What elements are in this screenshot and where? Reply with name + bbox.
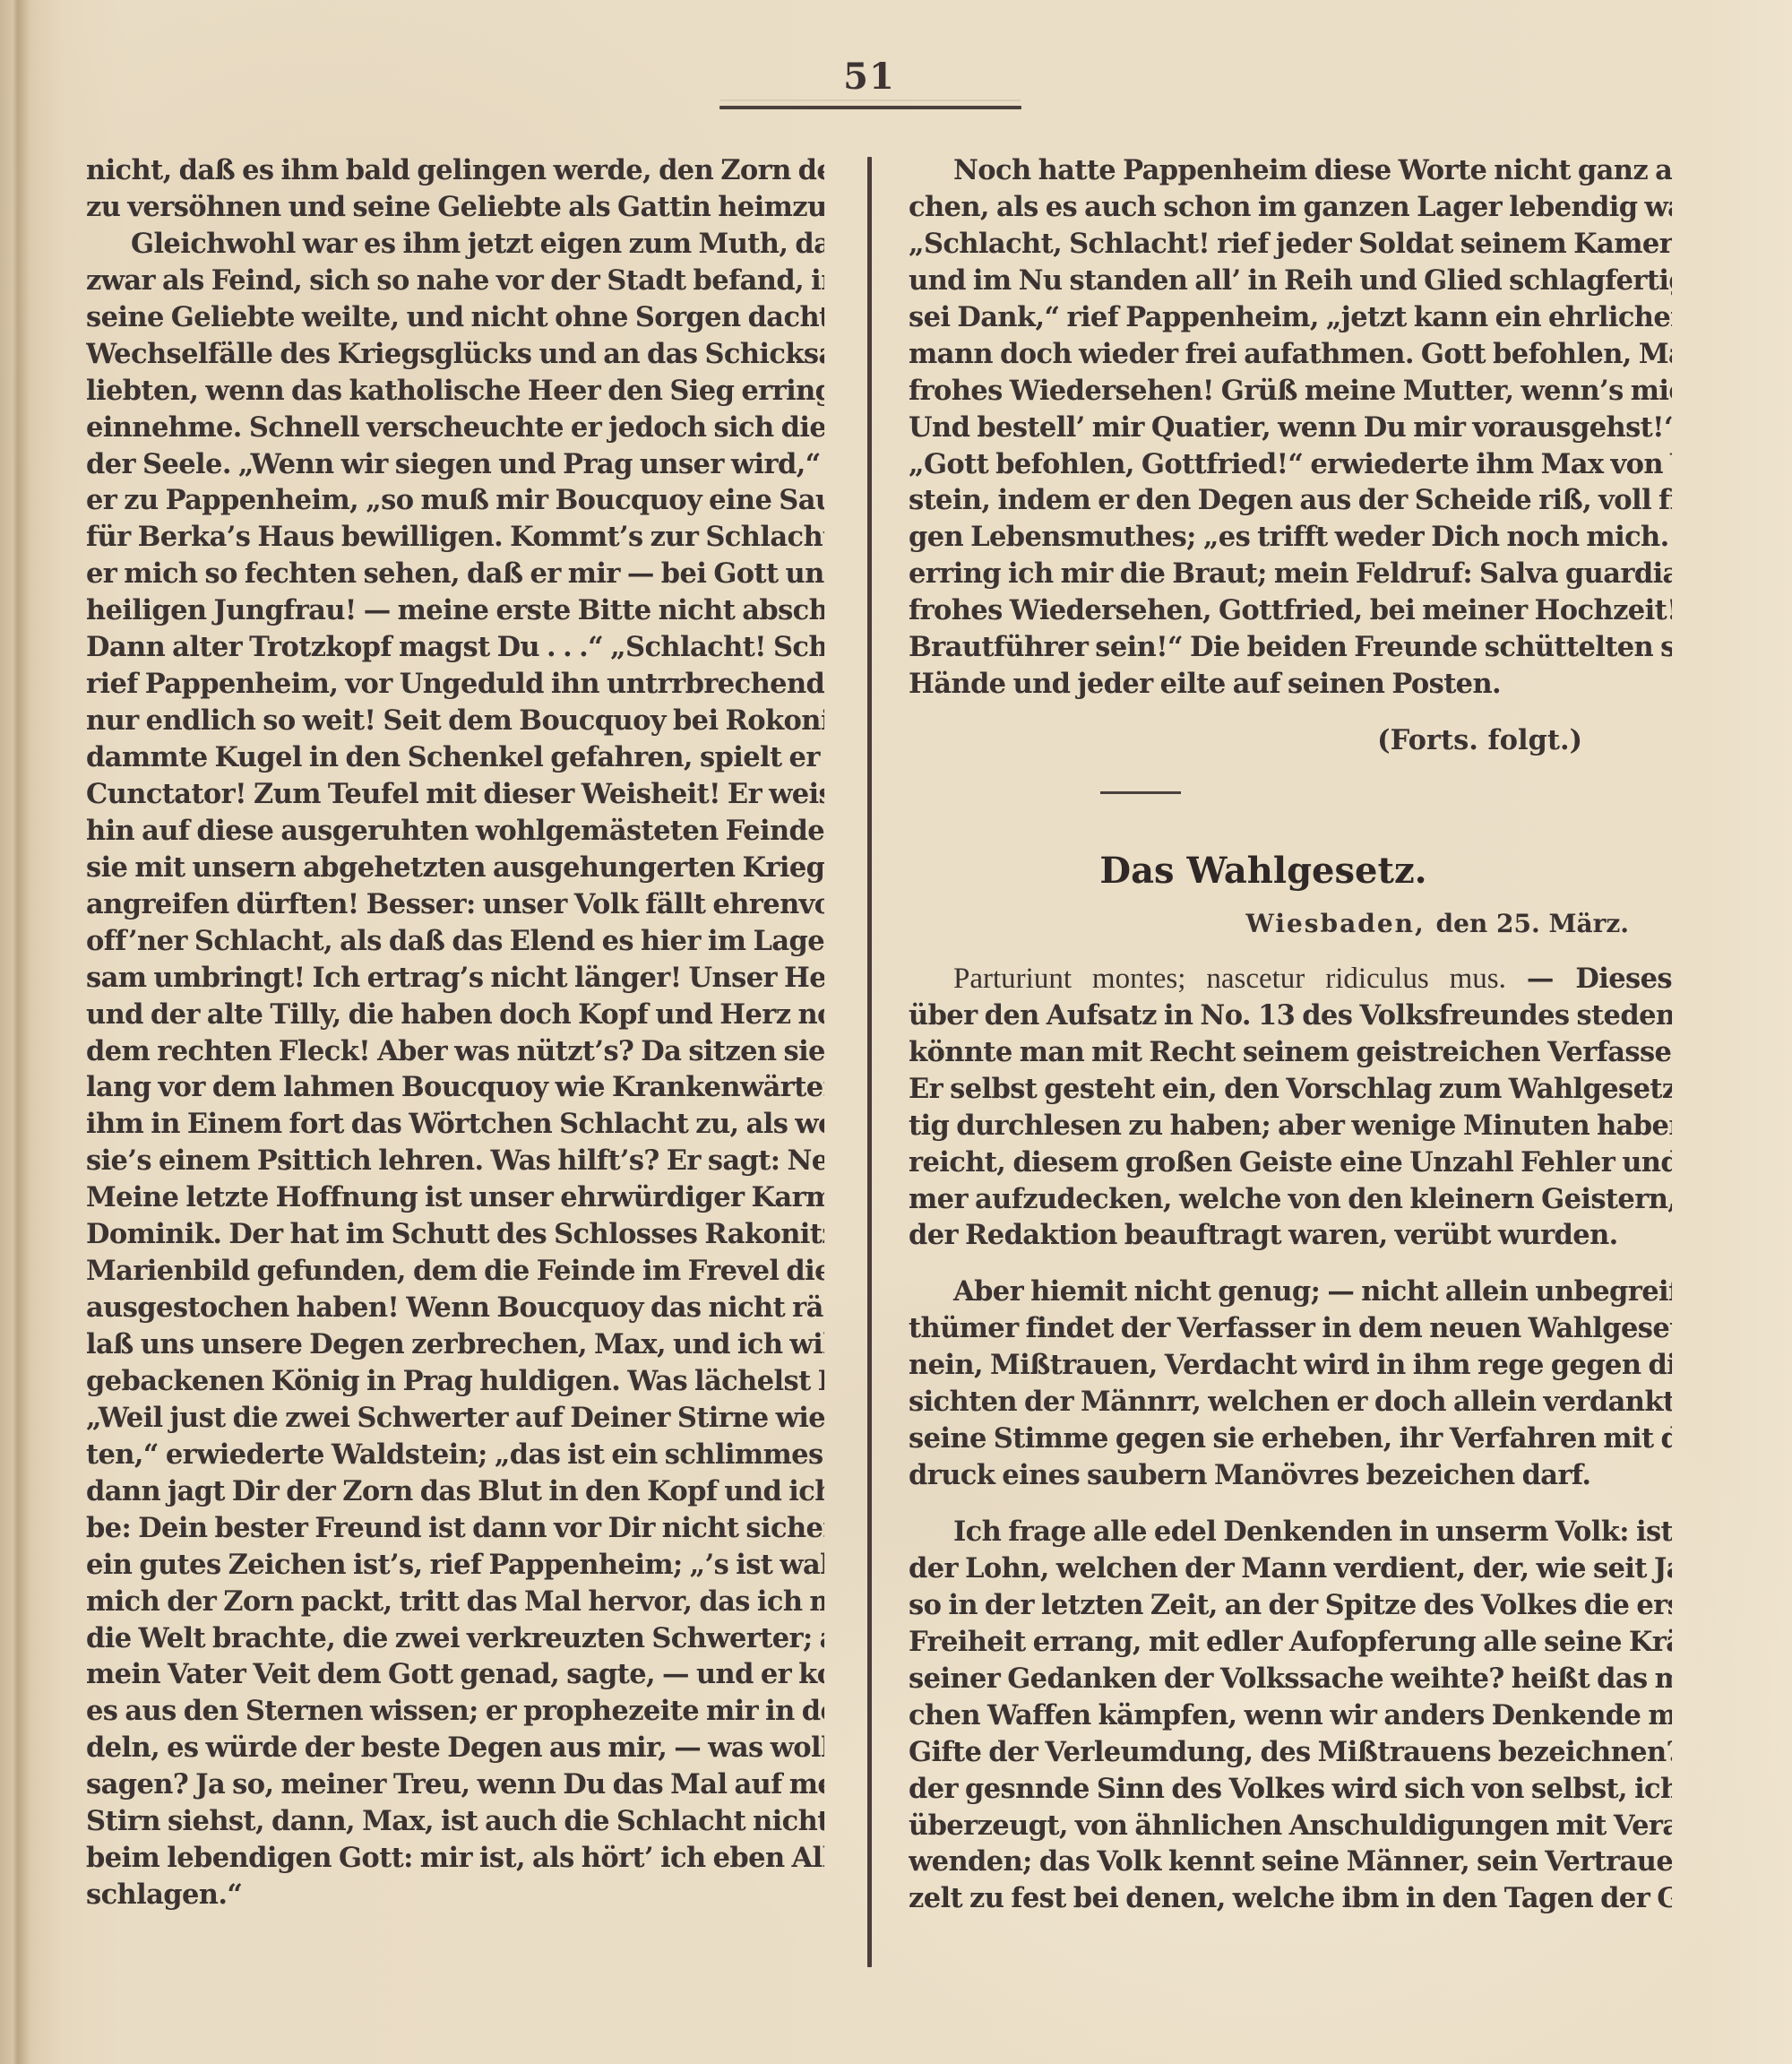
text-line: gebackenen König in Prag huldigen. Was l… <box>86 1363 824 1400</box>
text-line: druck eines saubern Manövres bezeichen d… <box>909 1457 1672 1494</box>
text-line: ihm in Einem fort das Wörtchen Schlacht … <box>86 1106 824 1143</box>
text-line: ten,“ erwiederte Waldstein; „das ist ein… <box>86 1437 824 1473</box>
text-line: ein gutes Zeichen ist’s, rief Pappenheim… <box>86 1547 824 1584</box>
text-line: dem rechten Fleck! Aber was nützt’s? Da … <box>86 1033 824 1070</box>
text-line: Stirn siehst, dann, Max, ist auch die Sc… <box>86 1803 824 1840</box>
text-line: sagen? Ja so, meiner Treu, wenn Du das M… <box>86 1766 824 1803</box>
text-line: „Gott befohlen, Gottfried!“ erwiederte i… <box>909 446 1672 483</box>
continuation-note: (Forts. folgt.) <box>909 722 1672 759</box>
text-line: schlagen.“ <box>86 1877 824 1913</box>
text-line: Gifte der Verleumdung, des Mißtrauens be… <box>909 1734 1672 1771</box>
header-rule <box>719 106 1021 109</box>
text-line: angreifen dürften! Besser: unser Volk fä… <box>86 886 824 923</box>
text-line: stein, indem er den Degen aus der Scheid… <box>909 482 1672 519</box>
text-line: der Seele. „Wenn wir siegen und Prag uns… <box>86 446 824 483</box>
left-column: nicht, daß es ihm bald gelingen werde, d… <box>86 152 824 1913</box>
dateline-date: den 25. März. <box>1436 909 1630 938</box>
text-line: ausgestochen haben! Wenn Boucquoy das ni… <box>86 1290 824 1326</box>
text-line: tig durchlesen zu haben; aber wenige Min… <box>909 1108 1672 1144</box>
text-line: deln, es würde der beste Degen aus mir, … <box>86 1730 824 1766</box>
text-line: Marienbild gefunden, dem die Feinde im F… <box>86 1253 824 1290</box>
text-line: mer aufzudecken, welche von den kleinern… <box>909 1181 1672 1218</box>
text-line: chen, als es auch schon im ganzen Lager … <box>909 189 1672 226</box>
text-line: Wechselfälle des Kriegsglücks und an das… <box>86 336 824 373</box>
text-line: chen Waffen kämpfen, wenn wir anders Den… <box>909 1697 1672 1734</box>
text-line: off’ner Schlacht, als daß das Elend es h… <box>86 923 824 960</box>
right-column: Noch hatte Pappenheim diese Worte nicht … <box>909 152 1672 1917</box>
text-line: Hände und jeder eilte auf seinen Posten. <box>909 666 1672 703</box>
text-line: der gesnnde Sinn des Volkes wird sich vo… <box>909 1771 1672 1808</box>
paragraph-first-line: Parturiunt montes; nascetur ridiculus mu… <box>909 961 1672 997</box>
text-line: nur endlich so weit! Seit dem Boucquoy b… <box>86 703 824 739</box>
text-line: hin auf diese ausgeruhten wohlgemästeten… <box>86 813 824 850</box>
text-line: rief Pappenheim, vor Ungeduld ihn untrrb… <box>86 666 824 703</box>
text-line: er mich so fechten sehen, daß er mir — b… <box>86 556 824 592</box>
text-line: Dann alter Trotzkopf magst Du . . .“ „Sc… <box>86 629 824 666</box>
article-title: Das Wahlgesetz. <box>909 853 1672 890</box>
text-line: mich der Zorn packt, tritt das Mal hervo… <box>86 1584 824 1620</box>
article-dateline: Wiesbaden, den 25. März. <box>909 906 1672 943</box>
text-line: einnehme. Schnell verscheuchte er jedoch… <box>86 410 824 446</box>
text-line: Er selbst gesteht ein, den Vorschlag zum… <box>909 1071 1672 1108</box>
text-line: liebten, wenn das katholische Heer den S… <box>86 373 824 410</box>
text-line: reicht, diesem großen Geiste eine Unzahl… <box>909 1144 1672 1181</box>
latin-motto: Parturiunt montes; nascetur ridiculus mu… <box>953 963 1506 995</box>
text-line: erring ich mir die Braut; mein Feldruf: … <box>909 556 1672 592</box>
article-paragraph-2: Aber hiemit nicht genug; — nicht allein … <box>909 1274 1672 1494</box>
text-line: Ich frage alle edel Denkenden in unserm … <box>909 1514 1672 1550</box>
text-line: be: Dein bester Freund ist dann vor Dir … <box>86 1510 824 1547</box>
text-line: die Welt brachte, die zwei verkreuzten S… <box>86 1620 824 1657</box>
text-line: wenden; das Volk kennt seine Männer, sei… <box>909 1844 1672 1880</box>
text-line: seine Geliebte weilte, und nicht ohne So… <box>86 299 824 336</box>
text-line: heiligen Jungfrau! — meine erste Bitte n… <box>86 592 824 629</box>
text-line: Brautführer sein!“ Die beiden Freunde sc… <box>909 629 1672 666</box>
text-line: dammte Kugel in den Schenkel gefahren, s… <box>86 739 824 776</box>
text-line: und der alte Tilly, die haben doch Kopf … <box>86 997 824 1033</box>
text-line: frohes Wiedersehen, Gottfried, bei meine… <box>909 592 1672 629</box>
text-line: zu versöhnen und seine Geliebte als Gatt… <box>86 189 824 226</box>
text-line: „Schlacht, Schlacht! rief jeder Soldat s… <box>909 226 1672 263</box>
text-line: Aber hiemit nicht genug; — nicht allein … <box>909 1274 1672 1310</box>
text-line: so in der letzten Zeit, an der Spitze de… <box>909 1587 1672 1624</box>
text-line: sie’s einem Psittich lehren. Was hilft’s… <box>86 1143 824 1179</box>
dateline-place: Wiesbaden, <box>1245 909 1425 938</box>
text-line: laß uns unsere Degen zerbrechen, Max, un… <box>86 1326 824 1363</box>
text-line: und im Nu standen all’ in Reih und Glied… <box>909 263 1672 299</box>
text-line: mann doch wieder frei aufathmen. Gott be… <box>909 336 1672 373</box>
text-line: für Berka’s Haus bewilligen. Kommt’s zur… <box>86 519 824 556</box>
text-line: Gleichwohl war es ihm jetzt eigen zum Mu… <box>86 226 824 263</box>
text-line: mein Vater Veit dem Gott genad, sagte, —… <box>86 1656 824 1693</box>
text-line: Und bestell’ mir Quatier, wenn Du mir vo… <box>909 410 1672 446</box>
text-line: könnte man mit Recht seinem geistreichen… <box>909 1034 1672 1071</box>
text-line: seine Stimme gegen sie erheben, ihr Verf… <box>909 1421 1672 1457</box>
text-line: Noch hatte Pappenheim diese Worte nicht … <box>909 152 1672 189</box>
text-line: Freiheit errang, mit edler Aufopferung a… <box>909 1624 1672 1661</box>
text-line: überzeugt, von ähnlichen Anschuldigungen… <box>909 1808 1672 1844</box>
page-number: 51 <box>806 56 932 98</box>
text-line: Meine letzte Hoffnung ist unser ehrwürdi… <box>86 1179 824 1216</box>
article-paragraph-1: Parturiunt montes; nascetur ridiculus mu… <box>909 961 1672 1255</box>
text-line: thümer findet der Verfasser in dem neuen… <box>909 1310 1672 1347</box>
text-line: „Weil just die zwei Schwerter auf Deiner… <box>86 1400 824 1437</box>
text-line: über den Aufsatz in No. 13 des Volksfreu… <box>909 997 1672 1034</box>
first-line-rest: — Dieses <box>1527 963 1672 995</box>
text-line: sichten der Männrr, welchen er doch alle… <box>909 1384 1672 1421</box>
story-end: Noch hatte Pappenheim diese Worte nicht … <box>909 152 1672 703</box>
text-line: zelt zu fest bei denen, welche ibm in de… <box>909 1880 1672 1917</box>
text-line: der Lohn, welchen der Mann verdient, der… <box>909 1550 1672 1587</box>
text-line: beim lebendigen Gott: mir ist, als hört’… <box>86 1840 824 1877</box>
text-line: Cunctator! Zum Teufel mit dieser Weishei… <box>86 776 824 813</box>
text-line: gen Lebensmuthes; „es trifft weder Dich … <box>909 519 1672 556</box>
text-line: sei Dank,“ rief Pappenheim, „jetzt kann … <box>909 299 1672 336</box>
text-line: frohes Wiedersehen! Grüß meine Mutter, w… <box>909 373 1672 410</box>
text-line: sie mit unsern abgehetzten ausgehungerte… <box>86 850 824 886</box>
text-line: er zu Pappenheim, „so muß mir Boucquoy e… <box>86 482 824 519</box>
text-line: der Redaktion beauftragt waren, verübt w… <box>909 1217 1672 1254</box>
text-line: dann jagt Dir der Zorn das Blut in den K… <box>86 1473 824 1510</box>
text-line: seiner Gedanken der Volkssache weihte? h… <box>909 1661 1672 1697</box>
text-line: zwar als Feind, sich so nahe vor der Sta… <box>86 263 824 299</box>
text-line: nein, Mißtrauen, Verdacht wird in ihm re… <box>909 1347 1672 1384</box>
text-line: es aus den Sternen wissen; er prophezeit… <box>86 1693 824 1730</box>
article-paragraph-3: Ich frage alle edel Denkenden in unserm … <box>909 1514 1672 1917</box>
text-line: nicht, daß es ihm bald gelingen werde, d… <box>86 152 824 189</box>
text-line: Dominik. Der hat im Schutt des Schlosses… <box>86 1216 824 1253</box>
column-divider <box>867 157 872 1967</box>
text-line: lang vor dem lahmen Boucquoy wie Kranken… <box>86 1069 824 1106</box>
text-line: sam umbringt! Ich ertrag’s nicht länger!… <box>86 960 824 997</box>
